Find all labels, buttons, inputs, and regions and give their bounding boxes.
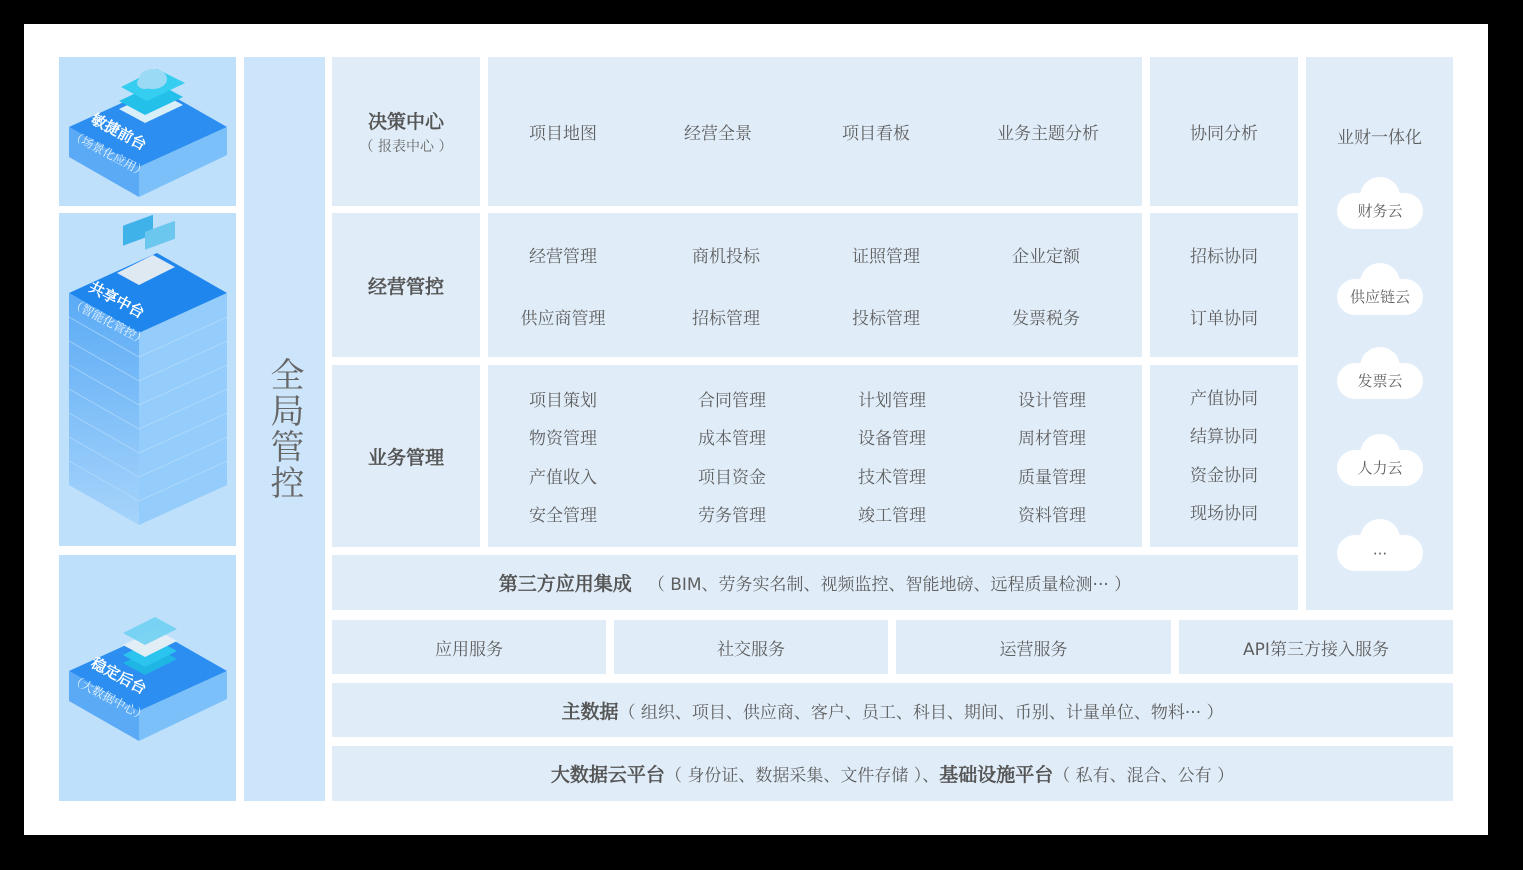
- collab-item: 现场协同: [1150, 493, 1298, 532]
- module-item: 物资管理: [488, 418, 638, 457]
- service-label: API第三方接入服务: [1243, 635, 1389, 660]
- cloud-more: ···: [1337, 517, 1423, 573]
- module-item: 竣工管理: [826, 495, 958, 534]
- collab-item: 结算协同: [1150, 416, 1298, 455]
- row-title: 决策中心: [368, 107, 444, 134]
- cloud-hr: 人力云: [1337, 432, 1423, 488]
- shared-middle-illustration: [59, 213, 236, 546]
- collab-item: 产值协同: [1150, 377, 1298, 416]
- service-api: API第三方接入服务: [1179, 620, 1453, 674]
- business-management-modules: 项目策划 合同管理 计划管理 设计管理 物资管理 成本管理 设备管理 周材管理 …: [488, 365, 1142, 547]
- service-label: 社交服务: [717, 635, 785, 660]
- operation-collab: 招标协同 订单协同: [1150, 213, 1298, 357]
- business-collab: 产值协同 结算协同 资金协同 现场协同: [1150, 365, 1298, 547]
- module-item: 经营管理: [488, 223, 638, 285]
- row-subtitle: （ 报表中心 ）: [360, 136, 453, 156]
- module-item: 项目资金: [638, 456, 826, 495]
- global-control-label: 全局管控: [260, 357, 309, 501]
- module-item: 项目策划: [488, 379, 638, 418]
- module-item: 项目看板: [798, 57, 954, 206]
- service-label: 应用服务: [435, 635, 503, 660]
- architecture-diagram: 敏捷前台 （场景化应用）: [24, 24, 1488, 835]
- cloud-supply-chain: 供应链云: [1337, 261, 1423, 317]
- decision-center-header: 决策中心 （ 报表中心 ）: [332, 57, 480, 206]
- bigdata-platform-detail: （ 身份证、数据采集、文件存储 ）、: [665, 761, 939, 786]
- module-item: 项目地图: [488, 57, 638, 206]
- module-item: 证照管理: [814, 223, 958, 285]
- module-item: 商机投标: [638, 223, 814, 285]
- module-item: 质量管理: [958, 456, 1146, 495]
- service-operations: 运营服务: [896, 620, 1171, 674]
- third-party-detail: （ BIM、劳务实名制、视频监控、智能地磅、远程质量检测··· ）: [648, 570, 1131, 595]
- row-title: 业务管理: [368, 443, 444, 470]
- tier-shared-middle: 共享中台 （智能化管控）: [59, 213, 236, 546]
- finance-integration-title: 业财一体化: [1306, 123, 1453, 148]
- platform-bar: 大数据云平台 （ 身份证、数据采集、文件存储 ）、 基础设施平台 （ 私有、混合…: [332, 746, 1453, 801]
- master-data-bar: 主数据 （ 组织、项目、供应商、客户、员工、科目、期间、币别、计量单位、物料··…: [332, 683, 1453, 737]
- row-title: 经营管控: [368, 272, 444, 299]
- module-item: 资料管理: [958, 495, 1146, 534]
- cloud-label: ···: [1337, 545, 1423, 563]
- module-item: 供应商管理: [488, 285, 638, 347]
- cloud-label: 财务云: [1337, 200, 1423, 221]
- module-item: 设备管理: [826, 418, 958, 457]
- third-party-title: 第三方应用集成: [499, 569, 632, 596]
- infrastructure-platform-detail: （ 私有、混合、公有 ）: [1053, 761, 1234, 786]
- service-application: 应用服务: [332, 620, 606, 674]
- module-item: 投标管理: [814, 285, 958, 347]
- cloud-invoice: 发票云: [1337, 345, 1423, 401]
- module-item: 技术管理: [826, 456, 958, 495]
- global-control-pillar: 全局管控: [244, 57, 325, 801]
- decision-collab: 协同分析: [1150, 57, 1298, 206]
- collab-item: 招标协同: [1150, 223, 1298, 285]
- collab-item: 协同分析: [1190, 119, 1258, 144]
- business-management-header: 业务管理: [332, 365, 480, 547]
- module-item: 业务主题分析: [954, 57, 1142, 206]
- service-social: 社交服务: [614, 620, 888, 674]
- finance-integration-column: 业财一体化 财务云 供应链云 发票云 人力云 ···: [1306, 57, 1453, 610]
- cloud-label: 发票云: [1337, 370, 1423, 391]
- module-item: 经营全景: [638, 57, 798, 206]
- cloud-finance: 财务云: [1337, 175, 1423, 231]
- collab-item: 订单协同: [1150, 285, 1298, 347]
- decision-center-modules: 项目地图 经营全景 项目看板 业务主题分析: [488, 57, 1142, 206]
- collab-item: 资金协同: [1150, 454, 1298, 493]
- module-item: 安全管理: [488, 495, 638, 534]
- third-party-integration: 第三方应用集成 （ BIM、劳务实名制、视频监控、智能地磅、远程质量检测··· …: [332, 555, 1298, 610]
- cloud-label: 人力云: [1337, 457, 1423, 478]
- service-label: 运营服务: [1000, 635, 1068, 660]
- module-item: 产值收入: [488, 456, 638, 495]
- module-item: 发票税务: [958, 285, 1134, 347]
- module-item: 成本管理: [638, 418, 826, 457]
- module-item: 计划管理: [826, 379, 958, 418]
- master-data-title: 主数据: [561, 697, 618, 724]
- operation-control-header: 经营管控: [332, 213, 480, 357]
- cloud-label: 供应链云: [1337, 286, 1423, 307]
- module-item: 企业定额: [958, 223, 1134, 285]
- operation-control-modules: 经营管理 商机投标 证照管理 企业定额 供应商管理 招标管理 投标管理 发票税务: [488, 213, 1142, 357]
- tier-agile-front: 敏捷前台 （场景化应用）: [59, 57, 236, 206]
- tier-stable-back: 稳定后台 （大数据中心）: [59, 555, 236, 801]
- bigdata-platform-title: 大数据云平台: [551, 760, 665, 787]
- module-item: 周材管理: [958, 418, 1146, 457]
- module-item: 劳务管理: [638, 495, 826, 534]
- infrastructure-platform-title: 基础设施平台: [939, 760, 1053, 787]
- module-item: 设计管理: [958, 379, 1146, 418]
- module-item: 合同管理: [638, 379, 826, 418]
- module-item: 招标管理: [638, 285, 814, 347]
- master-data-detail: （ 组织、项目、供应商、客户、员工、科目、期间、币别、计量单位、物料··· ）: [618, 698, 1223, 723]
